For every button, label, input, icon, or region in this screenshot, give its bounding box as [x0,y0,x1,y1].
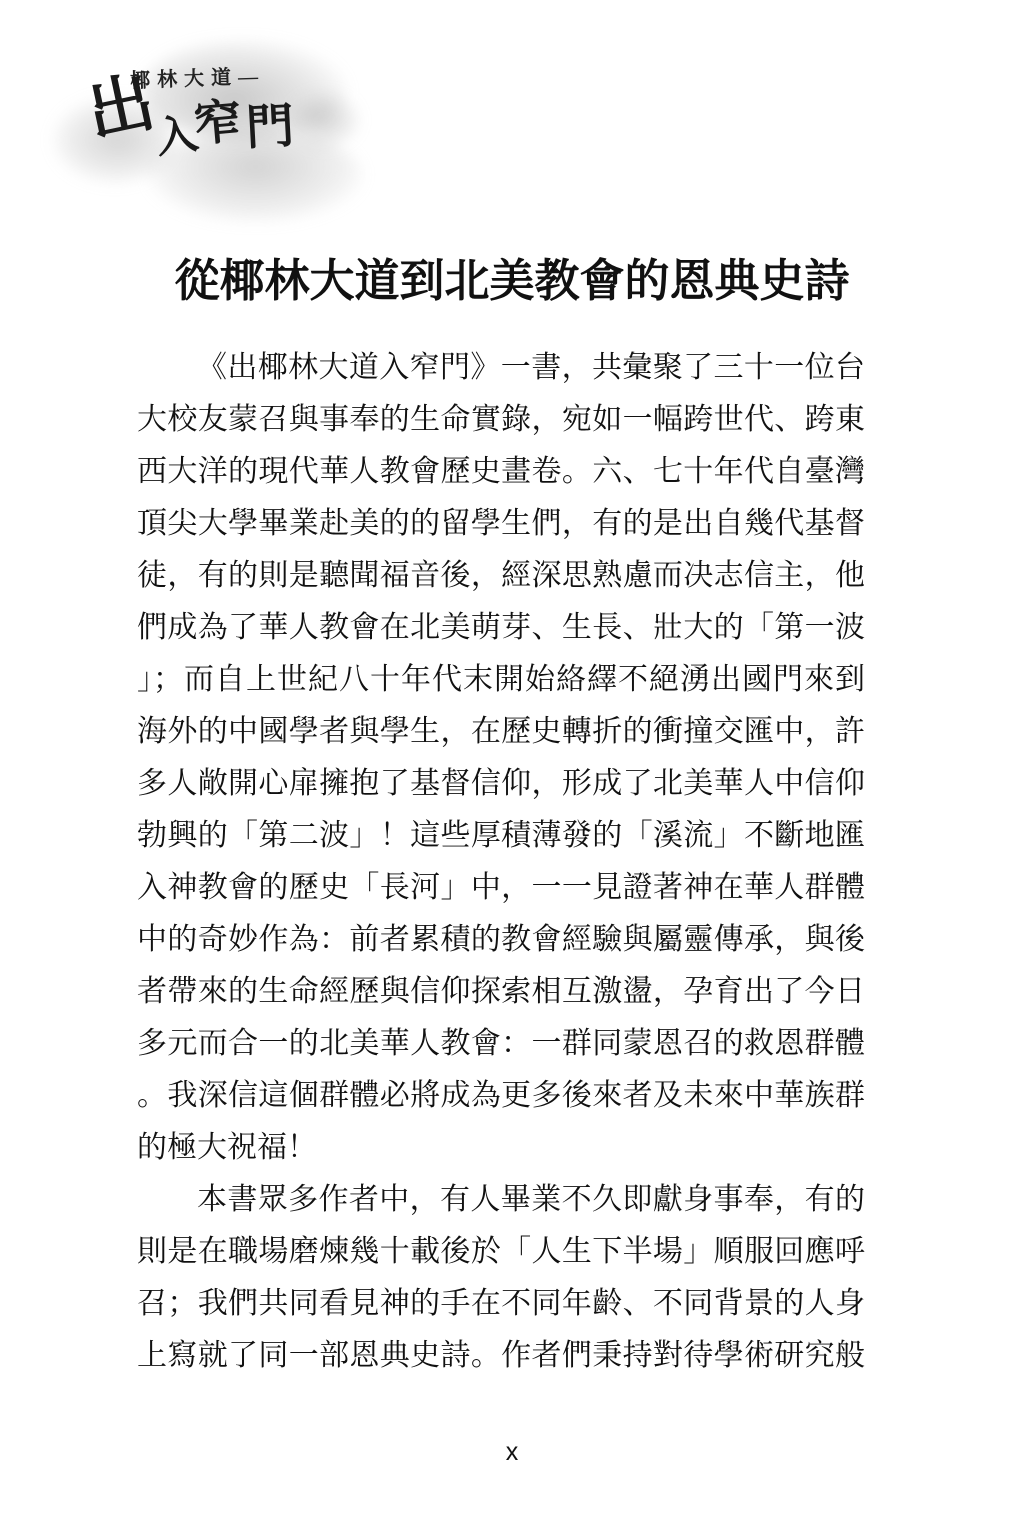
text-line: 勃興的「第二波」！這些厚積薄發的「溪流」不斷地匯 [137,810,865,862]
text-line: 海外的中國學者與學生，在歷史轉折的衝撞交匯中，許 [137,706,865,758]
text-line: 者帶來的生命經歷與信仰探索相互激盪，孕育出了今日 [137,966,865,1018]
logo-char-men: 門 [245,103,295,153]
page-title: 從椰林大道到北美教會的恩典史詩 [0,244,1024,309]
text-line: 大校友蒙召與事奉的生命實錄，宛如一幅跨世代、跨東 [137,394,865,446]
text-line: 上寫就了同一部恩典史詩。作者們秉持對待學術研究般 [137,1330,865,1382]
book-page: 椰林大道— 出 入 窄 門 從椰林大道到北美教會的恩典史詩 《出椰林大道入窄門》… [0,0,1024,1530]
body-text: 《出椰林大道入窄門》一書，共彙聚了三十一位台 大校友蒙召與事奉的生命實錄，宛如一… [137,342,865,1382]
logo-title: 出 入 窄 門 [86,60,326,180]
text-line: 」；而自上世紀八十年代末開始絡繹不絕湧出國門來到 [137,654,865,706]
page-number: x [0,1438,1024,1467]
text-line: 的極大祝福！ [137,1122,865,1174]
paragraph: 《出椰林大道入窄門》一書，共彙聚了三十一位台 大校友蒙召與事奉的生命實錄，宛如一… [137,342,865,1174]
text-line: 《出椰林大道入窄門》一書，共彙聚了三十一位台 [137,342,865,394]
text-line: 召；我們共同看見神的手在不同年齡、不同背景的人身 [137,1278,865,1330]
logo-char-zhai: 窄 [192,98,244,150]
paragraph: 本書眾多作者中，有人畢業不久即獻身事奉，有的 則是在職場磨煉幾十載後於「人生下半… [137,1174,865,1382]
text-line: 入神教會的歷史「長河」中，一一見證著神在華人群體 [137,862,865,914]
text-line: 頂尖大學畢業赴美的的留學生們，有的是出自幾代基督 [137,498,865,550]
text-line: 則是在職場磨煉幾十載後於「人生下半場」順服回應呼 [137,1226,865,1278]
text-line: 多元而合一的北美華人教會：一群同蒙恩召的救恩群體 [137,1018,865,1070]
text-line: 。我深信這個群體必將成為更多後來者及未來中華族群 [137,1070,865,1122]
text-line: 中的奇妙作為：前者累積的教會經驗與屬靈傳承，與後 [137,914,865,966]
text-line: 徒，有的則是聽聞福音後，經深思熟慮而决志信主，他 [137,550,865,602]
text-line: 西大洋的現代華人教會歷史畫卷。六、七十年代自臺灣 [137,446,865,498]
text-line: 們成為了華人教會在北美萌芽、生長、壯大的「第一波 [137,602,865,654]
logo-char-chu: 出 [82,70,160,148]
book-logo: 椰林大道— 出 入 窄 門 [50,34,360,214]
text-line: 本書眾多作者中，有人畢業不久即獻身事奉，有的 [137,1174,865,1226]
text-line: 多人敞開心扉擁抱了基督信仰，形成了北美華人中信仰 [137,758,865,810]
